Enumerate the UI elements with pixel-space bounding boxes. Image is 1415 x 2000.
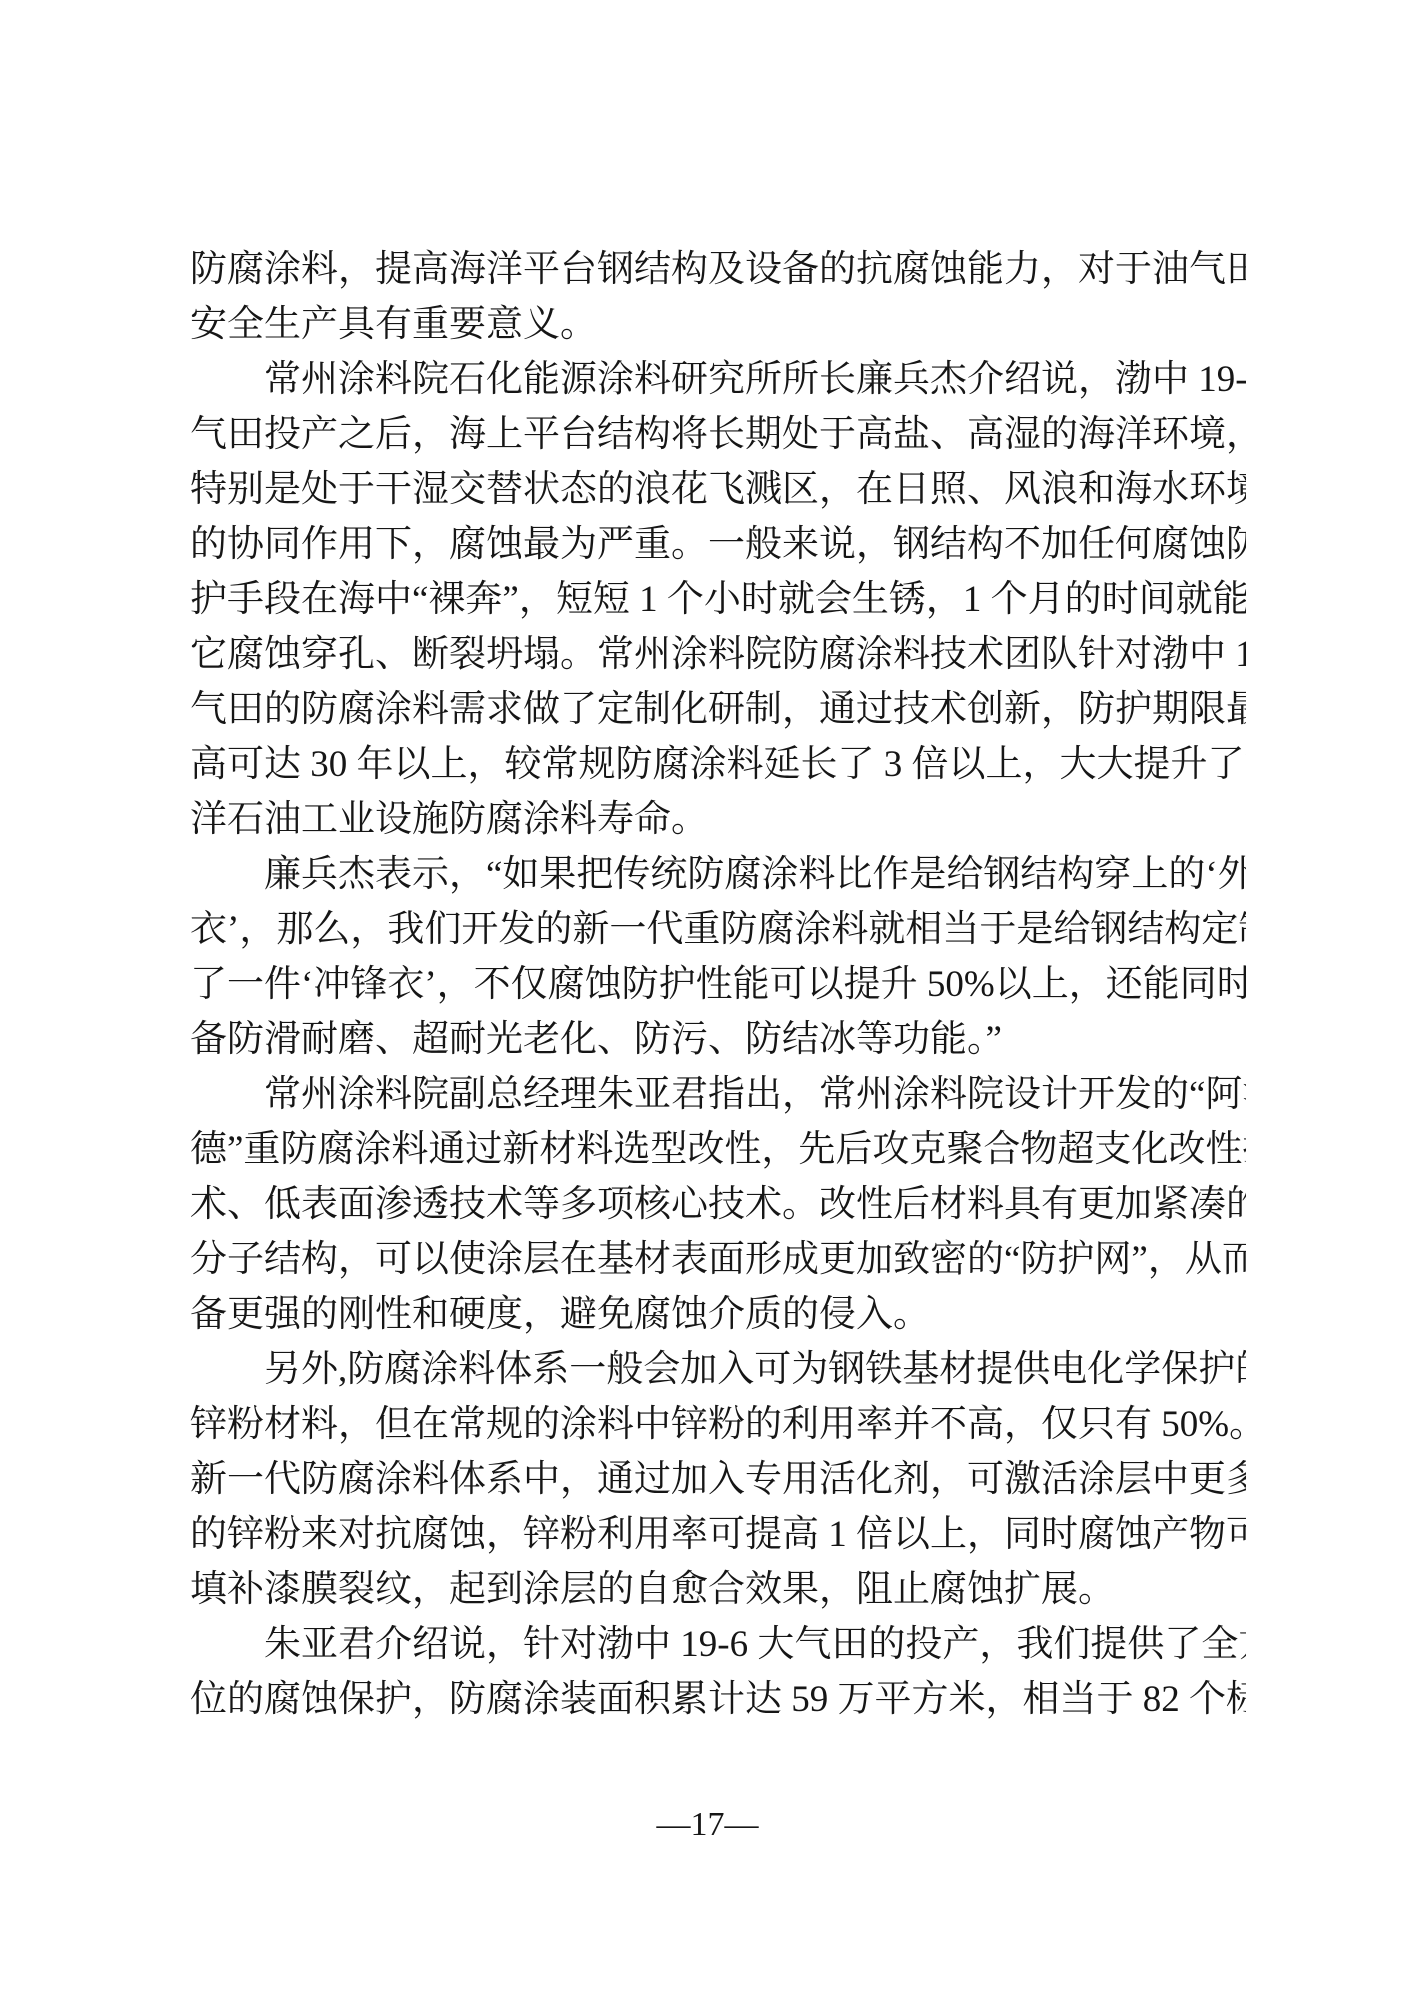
text-line: 防腐涂料，提高海洋平台钢结构及设备的抗腐蚀能力，对于油气田 xyxy=(190,242,1246,297)
text-line: 分子结构，可以使涂层在基材表面形成更加致密的“防护网”，从而具 xyxy=(190,1232,1246,1287)
text-line: 廉兵杰表示，“如果把传统防腐涂料比作是给钢结构穿上的‘外 xyxy=(190,847,1246,902)
text-line: 护手段在海中“裸奔”，短短 1 个小时就会生锈，1 个月的时间就能让 xyxy=(190,572,1246,627)
text-line: 衣’，那么，我们开发的新一代重防腐涂料就相当于是给钢结构定制 xyxy=(190,902,1246,957)
text-line: 备更强的刚性和硬度，避免腐蚀介质的侵入。 xyxy=(190,1287,1246,1342)
text-line: 常州涂料院副总经理朱亚君指出，常州涂料院设计开发的“阿沃 xyxy=(190,1067,1246,1122)
body-text: 防腐涂料，提高海洋平台钢结构及设备的抗腐蚀能力，对于油气田安全生产具有重要意义。… xyxy=(190,242,1246,1727)
text-line: 填补漆膜裂纹，起到涂层的自愈合效果，阻止腐蚀扩展。 xyxy=(190,1562,1246,1617)
text-line: 另外,防腐涂料体系一般会加入可为钢铁基材提供电化学保护的 xyxy=(190,1342,1246,1397)
text-line: 德”重防腐涂料通过新材料选型改性，先后攻克聚合物超支化改性技 xyxy=(190,1122,1246,1177)
text-line: 安全生产具有重要意义。 xyxy=(190,297,1246,352)
text-line: 位的腐蚀保护，防腐涂装面积累计达 59 万平方米，相当于 82 个标 xyxy=(190,1672,1246,1727)
page-number: —17— xyxy=(0,1804,1415,1846)
text-line: 新一代防腐涂料体系中，通过加入专用活化剂，可激活涂层中更多 xyxy=(190,1452,1246,1507)
text-line: 特别是处于干湿交替状态的浪花飞溅区，在日照、风浪和海水环境 xyxy=(190,462,1246,517)
text-line: 洋石油工业设施防腐涂料寿命。 xyxy=(190,792,1246,847)
text-line: 朱亚君介绍说，针对渤中 19-6 大气田的投产，我们提供了全方 xyxy=(190,1617,1246,1672)
text-line: 气田投产之后，海上平台结构将长期处于高盐、高湿的海洋环境， xyxy=(190,407,1246,462)
text-line: 术、低表面渗透技术等多项核心技术。改性后材料具有更加紧凑的 xyxy=(190,1177,1246,1232)
text-line: 的协同作用下，腐蚀最为严重。一般来说，钢结构不加任何腐蚀防 xyxy=(190,517,1246,572)
text-line: 常州涂料院石化能源涂料研究所所长廉兵杰介绍说，渤中 19-6 xyxy=(190,352,1246,407)
text-line: 它腐蚀穿孔、断裂坍塌。常州涂料院防腐涂料技术团队针对渤中 19-6 xyxy=(190,627,1246,682)
text-line: 气田的防腐涂料需求做了定制化研制，通过技术创新，防护期限最 xyxy=(190,682,1246,737)
text-line: 锌粉材料，但在常规的涂料中锌粉的利用率并不高，仅只有 50%。 xyxy=(190,1397,1246,1452)
text-line: 备防滑耐磨、超耐光老化、防污、防结冰等功能。” xyxy=(190,1012,1246,1067)
text-line: 的锌粉来对抗腐蚀，锌粉利用率可提高 1 倍以上，同时腐蚀产物可 xyxy=(190,1507,1246,1562)
document-page: 防腐涂料，提高海洋平台钢结构及设备的抗腐蚀能力，对于油气田安全生产具有重要意义。… xyxy=(0,0,1415,2000)
text-line: 高可达 30 年以上，较常规防腐涂料延长了 3 倍以上，大大提升了海 xyxy=(190,737,1246,792)
text-line: 了一件‘冲锋衣’，不仅腐蚀防护性能可以提升 50%以上，还能同时具 xyxy=(190,957,1246,1012)
